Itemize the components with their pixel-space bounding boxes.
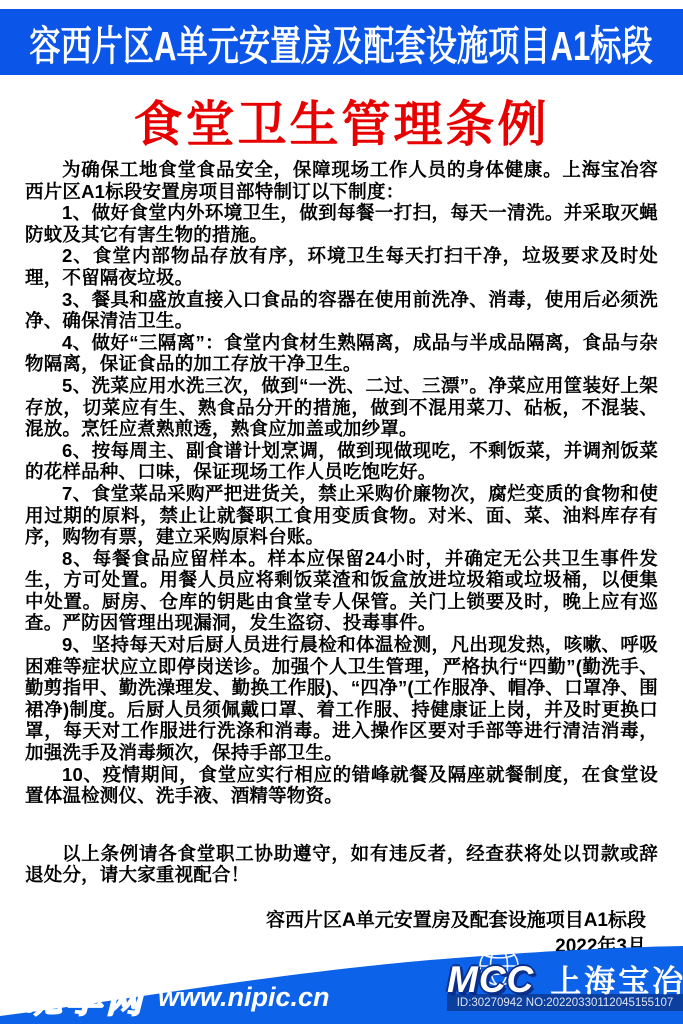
rule-item-7: 7、食堂菜品采购严把进货关，禁止采购价廉物次，腐烂变质的食物和使用过期的原料，禁…: [25, 483, 658, 548]
nipic-url-text: www.nipic.cn: [158, 982, 330, 1013]
rule-item-4: 4、做好“三隔离”：食堂内食材生熟隔离，成品与半成品隔离，食品与杂物隔离，保证食…: [25, 332, 658, 375]
page-title: 食堂卫生管理条例: [0, 86, 683, 156]
rule-item-5: 5、洗菜应用水洗三次，做到“一洗、二过、三漂”。净菜应用筐装好上架存放，切菜应有…: [25, 375, 658, 440]
rule-item-6: 6、按每周主、副食谱计划烹调，做到现做现吃，不剩饭菜，并调剂饭菜的花样品种、口味…: [25, 440, 658, 483]
watermark-id-strip: ID:30270942 NO:20220330112045155107: [447, 994, 683, 1011]
closing-paragraph: 以上条例请各食堂职工协助遵守，如有违反者，经查获将处以罚款或辞退处分，请大家重视…: [25, 843, 658, 886]
rule-item-1: 1、做好食堂内外环境卫生，做到每餐一打扫，每天一清洗。并采取灭蝇防蚊及其它有害生…: [25, 202, 658, 245]
rule-item-8: 8、每餐食品应留样本。样本应保留24小时，并确定无公共卫生事件发生，方可处置。用…: [25, 548, 658, 634]
rule-item-2: 2、食堂内部物品存放有序，环境卫生每天打扫干净，垃圾要求及时处理，不留隔夜垃圾。: [25, 245, 658, 288]
intro-paragraph: 为确保工地食堂食品安全，保障现场工作人员的身体健康。上海宝冶容西片区A1标段安置…: [25, 159, 658, 202]
project-banner-text: 容西片区A单元安置房及配套设施项目A1标段: [30, 13, 653, 72]
rule-item-3: 3、餐具和盛放直接入口食品的容器在使用前洗净、消毒，使用后必须洗净、确保清洁卫生…: [25, 289, 658, 332]
rule-item-9: 9、坚持每天对后厨人员进行晨检和体温检测，凡出现发热，咳嗽、呼吸困难等症状应立即…: [25, 634, 658, 764]
rule-item-10: 10、疫情期间，食堂应实行相应的错峰就餐及隔座就餐制度，在食堂设置体温检测仪、洗…: [25, 764, 658, 807]
nipic-logo-text: 昵享网: [26, 972, 146, 1023]
project-banner: 容西片区A单元安置房及配套设施项目A1标段: [0, 9, 683, 75]
poster-page: 容西片区A单元安置房及配套设施项目A1标段 食堂卫生管理条例 为确保工地食堂食品…: [0, 0, 683, 1024]
regulations-body: 为确保工地食堂食品安全，保障现场工作人员的身体健康。上海宝冶容西片区A1标段安置…: [25, 159, 658, 960]
nipic-watermark: 昵享网 www.nipic.cn: [26, 972, 330, 1023]
